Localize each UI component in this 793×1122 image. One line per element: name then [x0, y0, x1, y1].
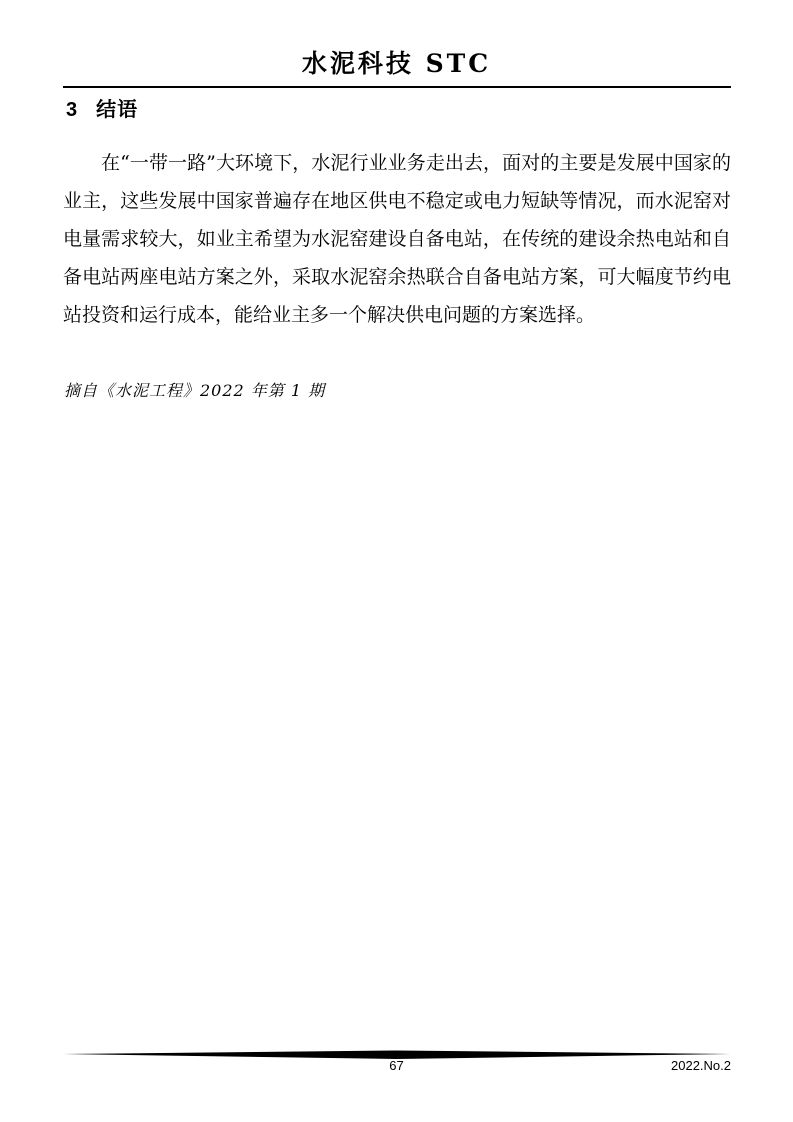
section-title: 结语 [96, 99, 138, 121]
issue-label: 2022.No.2 [63, 1058, 731, 1073]
header-rule [63, 86, 731, 88]
body-paragraph: 在“一带一路”大环境下，水泥行业业务走出去，面对的主要是发展中国家的业主，这些发… [63, 144, 731, 334]
document-page: 水泥科技 STC 3结语 在“一带一路”大环境下，水泥行业业务走出去，面对的主要… [0, 0, 793, 1122]
journal-title: 水泥科技 STC [0, 44, 793, 80]
section-number: 3 [66, 99, 78, 122]
source-citation: 摘自《水泥工程》2022 年第 1 期 [64, 378, 325, 401]
section-heading: 3结语 [66, 93, 138, 122]
